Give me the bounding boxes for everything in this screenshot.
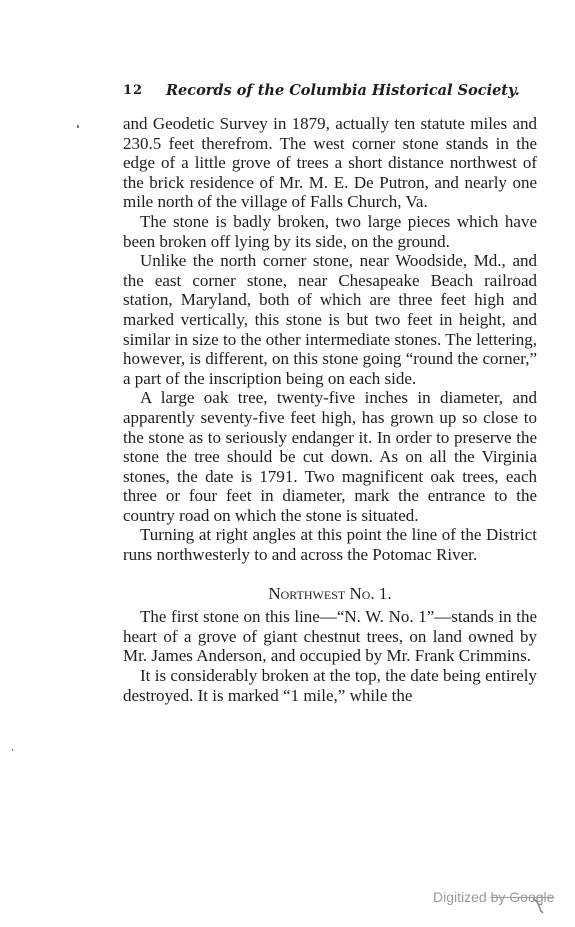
paragraph-stone-broken: The stone is badly broken, two large pie…	[123, 212, 537, 251]
book-page: 12 Records of the Columbia Historical So…	[123, 80, 537, 705]
paragraph-oak-tree: A large oak tree, twenty-five inches in …	[123, 388, 537, 525]
watermark-struck-text: by Google	[491, 889, 555, 905]
body-text: and Geodetic Survey in 1879, actually te…	[123, 114, 537, 705]
paragraph-unlike-north-corner: Unlike the north corner stone, near Wood…	[123, 251, 537, 388]
paragraph-continued: and Geodetic Survey in 1879, actually te…	[123, 114, 537, 212]
paragraph-first-stone: The first stone on this line—“N. W. No. …	[123, 607, 537, 666]
paragraph-turning-right-angles: Turning at right angles at this point th…	[123, 525, 537, 564]
scan-speck-left	[77, 125, 79, 128]
page-number: 12	[123, 80, 143, 102]
paragraph-considerably-broken: It is considerably broken at the top, th…	[123, 666, 537, 705]
pen-scrawl-icon	[532, 898, 544, 914]
watermark-prefix: Digitized	[433, 889, 491, 905]
section-heading: Northwest No. 1.	[123, 584, 537, 604]
running-head: 12 Records of the Columbia Historical So…	[123, 80, 537, 102]
scan-speck-left-lower	[12, 749, 13, 751]
journal-title: Records of the Columbia Historical Socie…	[166, 80, 520, 102]
